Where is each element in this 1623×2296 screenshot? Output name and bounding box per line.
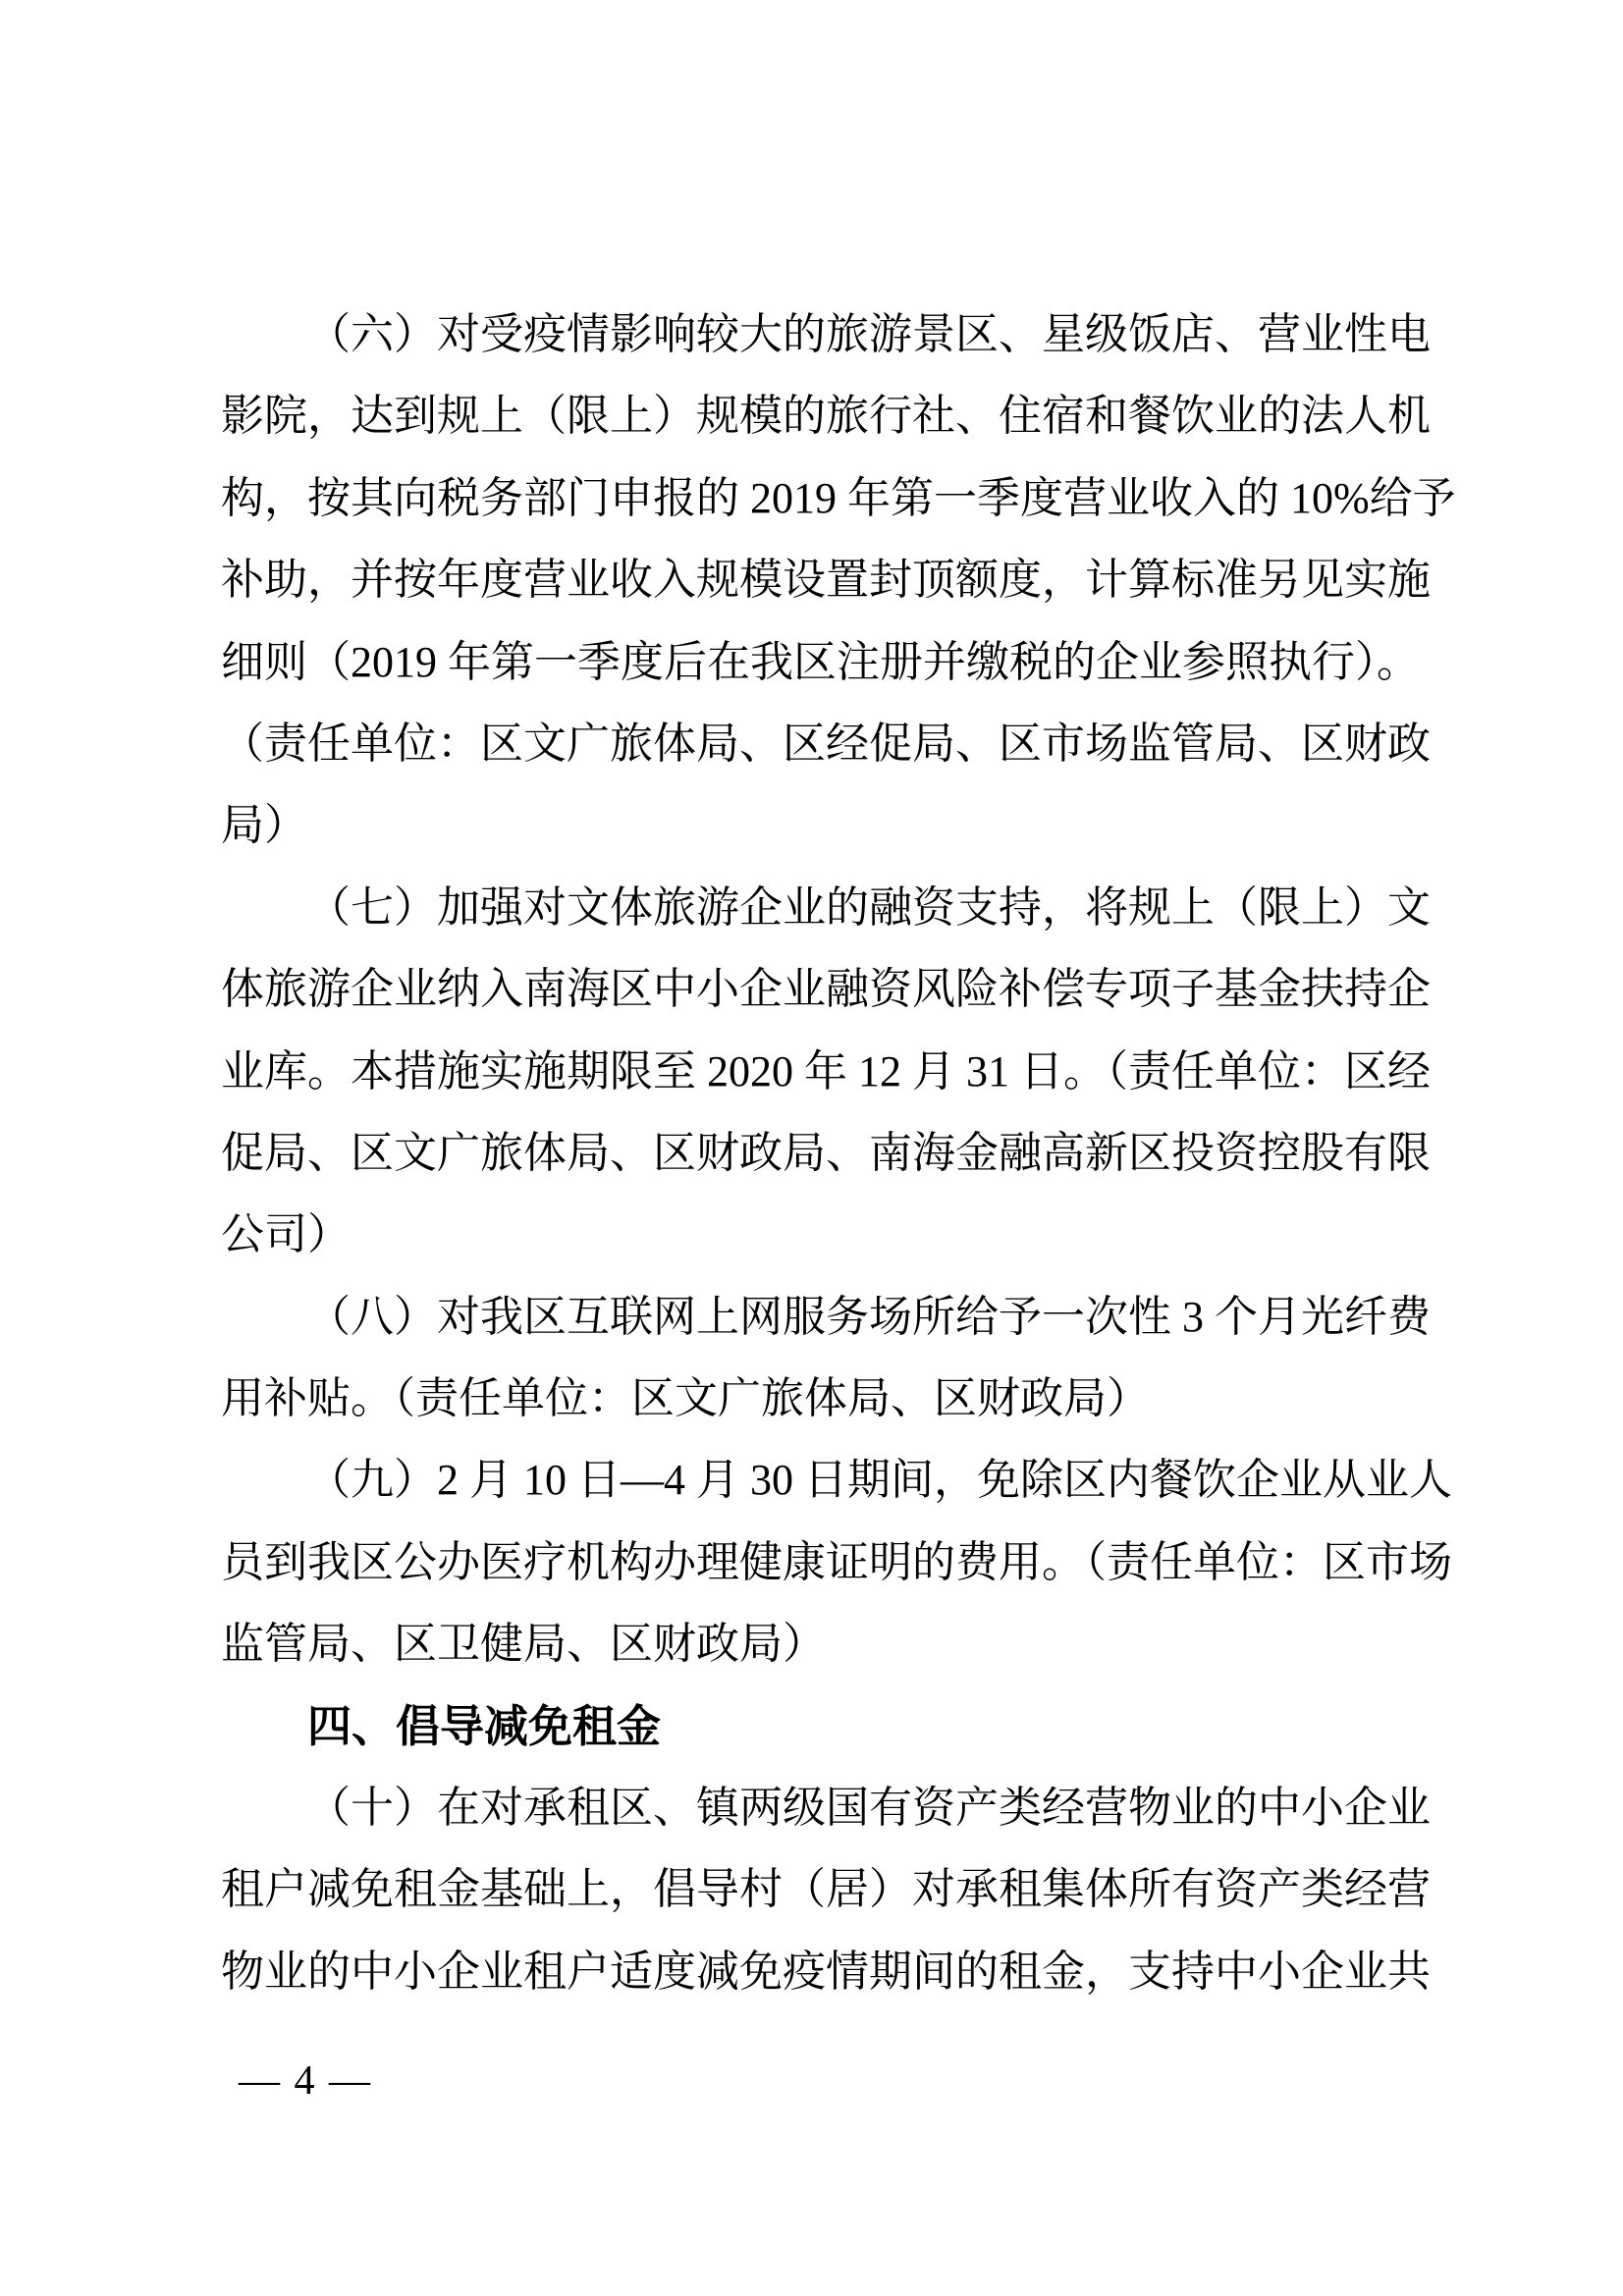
text-line: 业库。本措施实施期限至 2020 年 12 月 31 日。（责任单位：区经 (221, 1031, 1434, 1112)
text-line: 局） (221, 784, 1434, 866)
text-line: 员到我区公办医疗机构办理健康证明的费用。（责任单位：区市场 (221, 1522, 1434, 1603)
section-heading: 四、倡导减免租金 (221, 1685, 1434, 1767)
document-body: （六）对受疫情影响较大的旅游景区、星级饭店、营业性电 影院，达到规上（限上）规模… (221, 294, 1434, 2012)
text-line: 细则（2019 年第一季度后在我区注册并缴税的企业参照执行）。 (221, 621, 1434, 703)
text-line: （十）在对承租区、镇两级国有资产类经营物业的中小企业 (221, 1767, 1434, 1848)
text-line: 体旅游企业纳入南海区中小企业融资风险补偿专项子基金扶持企 (221, 948, 1434, 1030)
text-line: （八）对我区互联网上网服务场所给予一次性 3 个月光纤费 (221, 1276, 1434, 1358)
text-line: 补助，并按年度营业收入规模设置封顶额度，计算标准另见实施 (221, 539, 1434, 620)
text-line: 监管局、区卫健局、区财政局） (221, 1603, 1434, 1684)
text-line: 公司） (221, 1194, 1434, 1275)
text-line: 构，按其向税务部门申报的 2019 年第一季度营业收入的 10%给予 (221, 457, 1434, 539)
text-line: 租户减免租金基础上，倡导村（居）对承租集体所有资产类经营 (221, 1848, 1434, 1930)
text-line: （责任单位：区文广旅体局、区经促局、区市场监管局、区财政 (221, 703, 1434, 784)
text-line: 物业的中小企业租户适度减免疫情期间的租金，支持中小企业共 (221, 1931, 1434, 2012)
text-line: 影院，达到规上（限上）规模的旅行社、住宿和餐饮业的法人机 (221, 375, 1434, 456)
text-line: （六）对受疫情影响较大的旅游景区、星级饭店、营业性电 (221, 294, 1434, 375)
page-number: — 4 — (239, 2058, 372, 2104)
document-page: （六）对受疫情影响较大的旅游景区、星级饭店、营业性电 影院，达到规上（限上）规模… (0, 0, 1623, 2296)
text-line: （七）加强对文体旅游企业的融资支持，将规上（限上）文 (221, 867, 1434, 948)
text-line: （九）2 月 10 日—4 月 30 日期间，免除区内餐饮企业从业人 (221, 1439, 1434, 1521)
text-line: 促局、区文广旅体局、区财政局、南海金融高新区投资控股有限 (221, 1112, 1434, 1194)
text-line: 用补贴。（责任单位：区文广旅体局、区财政局） (221, 1358, 1434, 1439)
